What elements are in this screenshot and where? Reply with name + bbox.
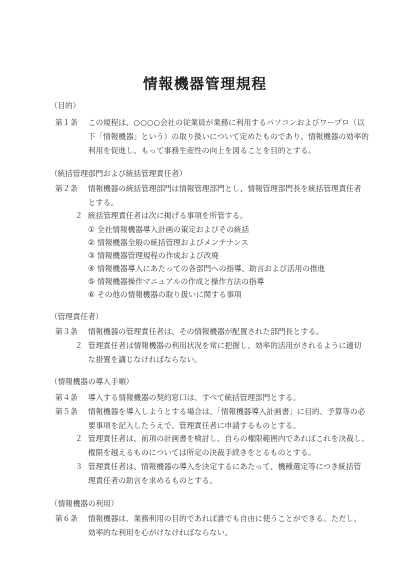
section-heading: （情報機器の導入手順） [50,377,134,387]
paragraph-text: 統括管理責任者は次に掲げる事項を所管する。 [88,211,247,221]
paragraph-text: 権限を越えるものについては所定の決裁手続きをとるものとする。 [88,448,316,458]
article-text: 利用を促進し、もって事務生産性の向上を図ることを目的とする。 [88,146,316,156]
article-text: この規程は、○○○○会社の従業員が業務に利用するパソコンおよびワープロ（以 [88,118,365,128]
article-text: 下「情報機器」という）の取り扱いについて定めたものであり、情報機器の効率的 [88,132,369,142]
paragraph-number: ２ [75,211,83,221]
list-item: ⑥ その他の情報機器の取り扱いに関する事項 [88,290,242,300]
list-item: ③ 情報機器管理規程の作成および改廃 [88,251,219,261]
article-text: 情報機器を導入しようとする場合は、「情報機器導入計画書」に目的、予算等の必 [88,407,365,417]
article-label: 第３条 [55,327,78,337]
paragraph-text: 管理責任者は、情報機器の導入を決定するにあたって、機種選定等につき統括管 [88,462,361,472]
section-heading: （管理責任者） [50,312,103,322]
paragraph-number: ３ [75,462,83,472]
article-label: 第１条 [55,118,78,128]
section-heading: （目的） [50,101,80,111]
section-heading: （情報機器の利用） [50,499,118,509]
article-text: 効率的な利用を心がけなければならない。 [88,528,232,538]
paragraph-number: ２ [75,434,83,444]
article-text: 要事項を記入したうえで、管理責任者に申請するものとする。 [88,421,300,431]
article-text: 導入する情報機器の契約窓口は、すべて統括管理部門とする。 [88,393,300,403]
article-label: 第２条 [55,184,78,194]
paragraph-text: 理責任者の助言を求めるものとする。 [88,476,217,486]
article-label: 第４条 [55,393,78,403]
paragraph-number: ２ [75,341,83,351]
article-label: 第５条 [55,407,78,417]
article-text: 情報機器の統括管理部門は情報管理部門とし、情報管理部門長を統括管理責任者 [88,184,361,194]
article-text: とする。 [88,198,118,208]
article-label: 第６条 [55,514,78,524]
paragraph-text: な措置を講じなければならない。 [88,355,202,365]
document-title: 情報機器管理規程 [0,73,410,94]
section-heading: （統括管理部門および統括管理責任者） [50,169,187,179]
paragraph-text: 管理責任者は、前項の計画書を検討し、自らの権限範囲内であればこれを決裁し、 [88,434,369,444]
list-item: ⑤ 情報機器操作マニュアルの作成と操作方法の指導 [88,277,264,287]
list-item: ① 全社情報機器導入計画の策定およびその統括 [88,225,249,235]
paragraph-text: 管理責任者は情報機器の利用状況を常に把握し、効率的活用がされるように適切 [88,341,361,351]
article-text: 情報機器は、業務利用の目的であれば誰でも自由に使うことができる。ただし、 [88,514,361,524]
list-item: ④ 情報機器導入にあたっての各部門への指導、助言および活用の推進 [88,264,325,274]
article-text: 情報機器の管理責任者は、その情報機器が配置された部門長とする。 [88,327,323,337]
list-item: ② 情報機器全般の統括管理およびメンテナンス [88,238,249,248]
